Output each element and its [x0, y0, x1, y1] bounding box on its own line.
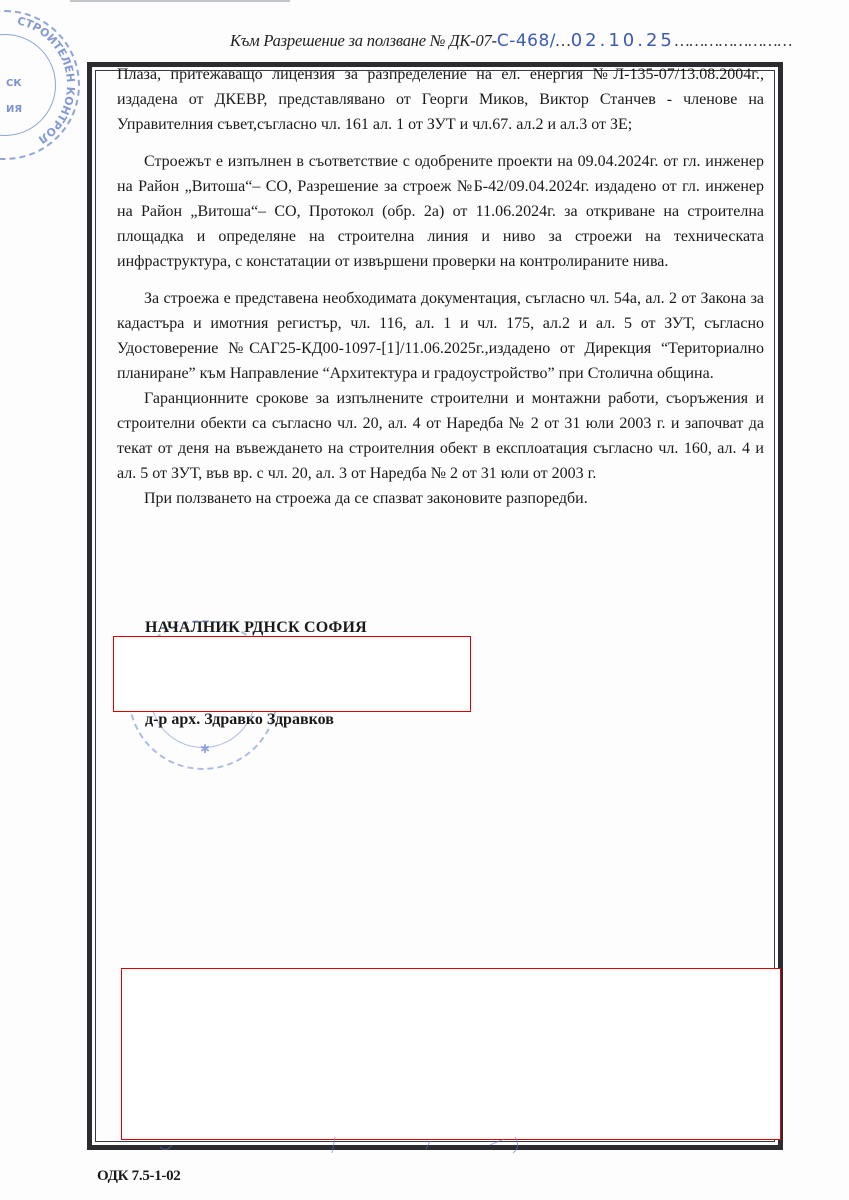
stamp-fragment-text: СК [6, 78, 22, 89]
dotted-leader: … [556, 31, 571, 50]
permit-reference-header: Към Разрешение за ползване № ДК-07-С-468… [230, 30, 792, 51]
stamp-fragment-text: ИЯ [6, 104, 22, 115]
signatory-name: д-р арх. Здравко Здравков [145, 711, 334, 729]
document-body: Плаза, притежаващо лицензия за разпредел… [117, 62, 764, 511]
redacted-bottom-area [121, 968, 781, 1140]
signatory-title: НАЧАЛНИК РДНСК СОФИЯ [145, 619, 367, 637]
dotted-leader: …………………… [675, 31, 792, 50]
permit-reference-prefix: Към Разрешение за ползване № ДК-07- [230, 31, 497, 50]
form-code: ОДК 7.5-1-02 [97, 1168, 181, 1185]
paragraph-gap [117, 137, 764, 149]
paragraph-license: Плаза, притежаващо лицензия за разпредел… [117, 62, 764, 137]
handwritten-date: 02.10.25 [571, 30, 675, 51]
paragraph-gap [117, 274, 764, 286]
paragraph-usage: При ползването на строежа да се спазват … [117, 486, 764, 511]
redacted-signature-area [113, 636, 471, 712]
handwritten-permit-number: С-468/ [497, 31, 556, 51]
paragraph-documentation: За строежа е представена необходимата до… [117, 286, 764, 386]
scan-artifact-line [70, 0, 290, 2]
paragraph-construction: Строежът е изпълнен в съответствие с одо… [117, 149, 764, 274]
stamp-star-icon: ✱ [200, 742, 210, 757]
paragraph-warranty: Гаранционните срокове за изпълнените стр… [117, 386, 764, 486]
svg-text:СТРОИТЕЛЕН КОНТРОЛ: СТРОИТЕЛЕН КОНТРОЛ [16, 14, 77, 146]
handwritten-scribble-icon [150, 1135, 650, 1155]
